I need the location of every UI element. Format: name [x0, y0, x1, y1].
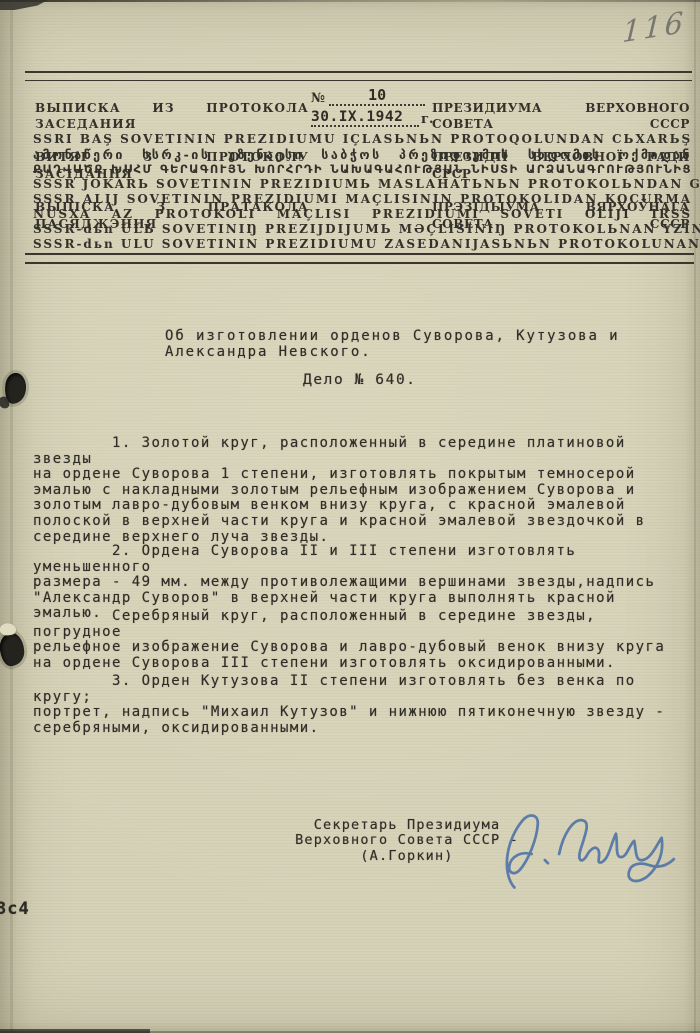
letterhead-line-tg: NUSXA AZ PROTOKOLI MAÇLISI PREZIDIUMI SO…	[33, 207, 692, 222]
case-number-line: Дело № 640.	[303, 372, 417, 388]
number-label: №	[311, 91, 325, 106]
letterhead-line-tk: SSSR JOKARЬ SOVETININ PREZIDIUMЬ MASLAHA…	[33, 177, 692, 192]
letterhead-line-ru-right: ПРЕЗИДИУМА ВЕРХОВНОГО СОВЕТА СССР	[432, 100, 690, 133]
letterhead-line-az: SSRI BAŞ SOVETININ PREZIDIUMU IÇLASЬNЬN …	[33, 132, 692, 147]
letterhead-line-ka: ამონაწერი სსრკ-ის უზენაესი საბჭოს პრეზიდ…	[33, 147, 692, 162]
handwritten-signature	[488, 806, 686, 898]
protocol-number-value: 10	[329, 86, 425, 106]
letterhead-top-rule	[25, 71, 692, 81]
binding-hole-top	[3, 372, 28, 406]
letterhead-multilingual-lines: SSRI BAŞ SOVETININ PREZIDIUMU IÇLASЬNЬN …	[33, 132, 692, 252]
letterhead-line-hy: ՔԱՂՎԱԾՔ ԽՍՀՄ ԳԵՐԱԳՈՒՅՆ ԽՈՐՀՐԴԻ ՆԱԽԱԳԱՀՈՒ…	[33, 162, 692, 177]
protocol-number-line: №10	[311, 86, 431, 106]
fold-line	[10, 0, 13, 1033]
subject-heading: Об изготовлении орденов Суворова, Кутузо…	[165, 329, 655, 361]
letterhead-line-ky: SSSR-dьn ULU SOVETININ PREZIDIUMU ZASEDA…	[33, 237, 692, 252]
paragraph-2-continued: Серебряный круг, расположенный в середин…	[33, 609, 689, 671]
protocol-number-date-block: №10 30.IX.1942г.	[311, 86, 431, 127]
page-bottom-shadow	[0, 1029, 150, 1033]
letterhead-bottom-rule	[25, 253, 694, 264]
printers-mark: 3с4	[0, 899, 30, 919]
page-right-edge	[694, 0, 696, 1033]
protocol-date-line: 30.IX.1942г.	[311, 109, 431, 127]
page-top-edge	[0, 0, 700, 2]
letterhead-line-ru: ВЫПИСКА ИЗ ПРОТОКОЛА ЗАСЕДАНИЯ	[35, 100, 309, 133]
letterhead-line-uz: SSSR ALIJ SOVETININ PREZIDIUMI MAÇLISINI…	[33, 192, 692, 207]
letterhead-line-kk: SSSR-dьn ULЬ SOVETINIŊ PREZIJDIJUMЬ MƏÇL…	[33, 222, 692, 237]
paragraph-1: 1. Золотой круг, расположенный в середин…	[33, 436, 689, 545]
signature-ink-strokes	[488, 806, 686, 898]
torn-corner-mark	[0, 0, 48, 10]
binding-hole-bottom	[0, 632, 26, 667]
paragraph-3: 3. Орден Кутузова II степени изготовлять…	[33, 674, 689, 736]
document-page: 116 ВЫПИСКА ИЗ ПРОТОКОЛА ЗАСЕДАНИЯ ВИТЯГ…	[0, 0, 700, 1033]
protocol-date-value: 30.IX.1942	[311, 109, 419, 127]
handwritten-page-number: 116	[621, 5, 686, 50]
